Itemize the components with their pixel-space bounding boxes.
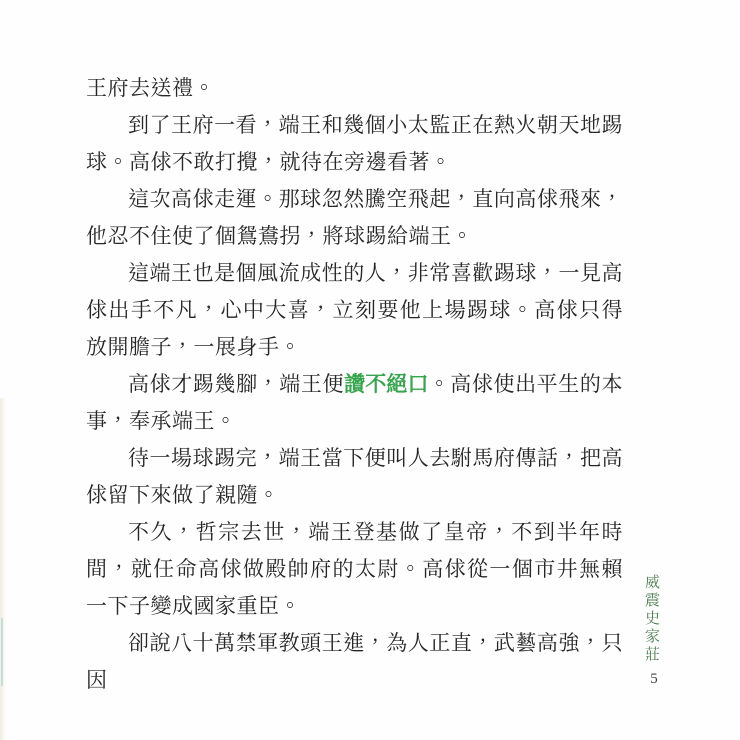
paragraph-with-highlight: 高俅才踢幾腳，端王便讚不絕口。高俅使出平生的本事，奉承端王。 — [86, 366, 623, 440]
page-edge-artifact — [1, 618, 3, 686]
page-edge-artifact — [0, 398, 6, 740]
paragraph: 這次高俅走運。那球忽然騰空飛起，直向高俅飛來，他忍不住使了個鴛鴦拐，將球踢給端王… — [86, 181, 623, 255]
highlighted-idiom: 讚不絕口 — [344, 373, 428, 396]
paragraph: 待一場球踢完，端王當下便叫人去駙馬府傳話，把高俅留下來做了親隨。 — [86, 440, 623, 514]
paragraph: 不久，哲宗去世，端王登基做了皇帝，不到半年時間，就任命高俅做殿帥府的太尉。高俅從… — [86, 514, 623, 625]
book-page: 王府去送禮。 到了王府一看，端王和幾個小太監正在熱火朝天地踢球。高俅不敢打攪，就… — [0, 0, 740, 740]
text-before-highlight: 高俅才踢幾腳，端王便 — [128, 372, 344, 396]
paragraph: 這端王也是個風流成性的人，非常喜歡踢球，一見高俅出手不凡，心中大喜，立刻要他上場… — [86, 255, 623, 366]
paragraph-continuation: 王府去送禮。 — [86, 70, 623, 107]
chapter-title-vertical: 威震史家莊 — [641, 574, 662, 664]
body-text: 王府去送禮。 到了王府一看，端王和幾個小太監正在熱火朝天地踢球。高俅不敢打攪，就… — [86, 70, 623, 699]
page-number: 5 — [645, 671, 663, 688]
paragraph: 卻說八十萬禁軍教頭王進，為人正直，武藝高強，只因 — [86, 625, 623, 699]
paragraph: 到了王府一看，端王和幾個小太監正在熱火朝天地踢球。高俅不敢打攪，就待在旁邊看著。 — [86, 107, 623, 181]
